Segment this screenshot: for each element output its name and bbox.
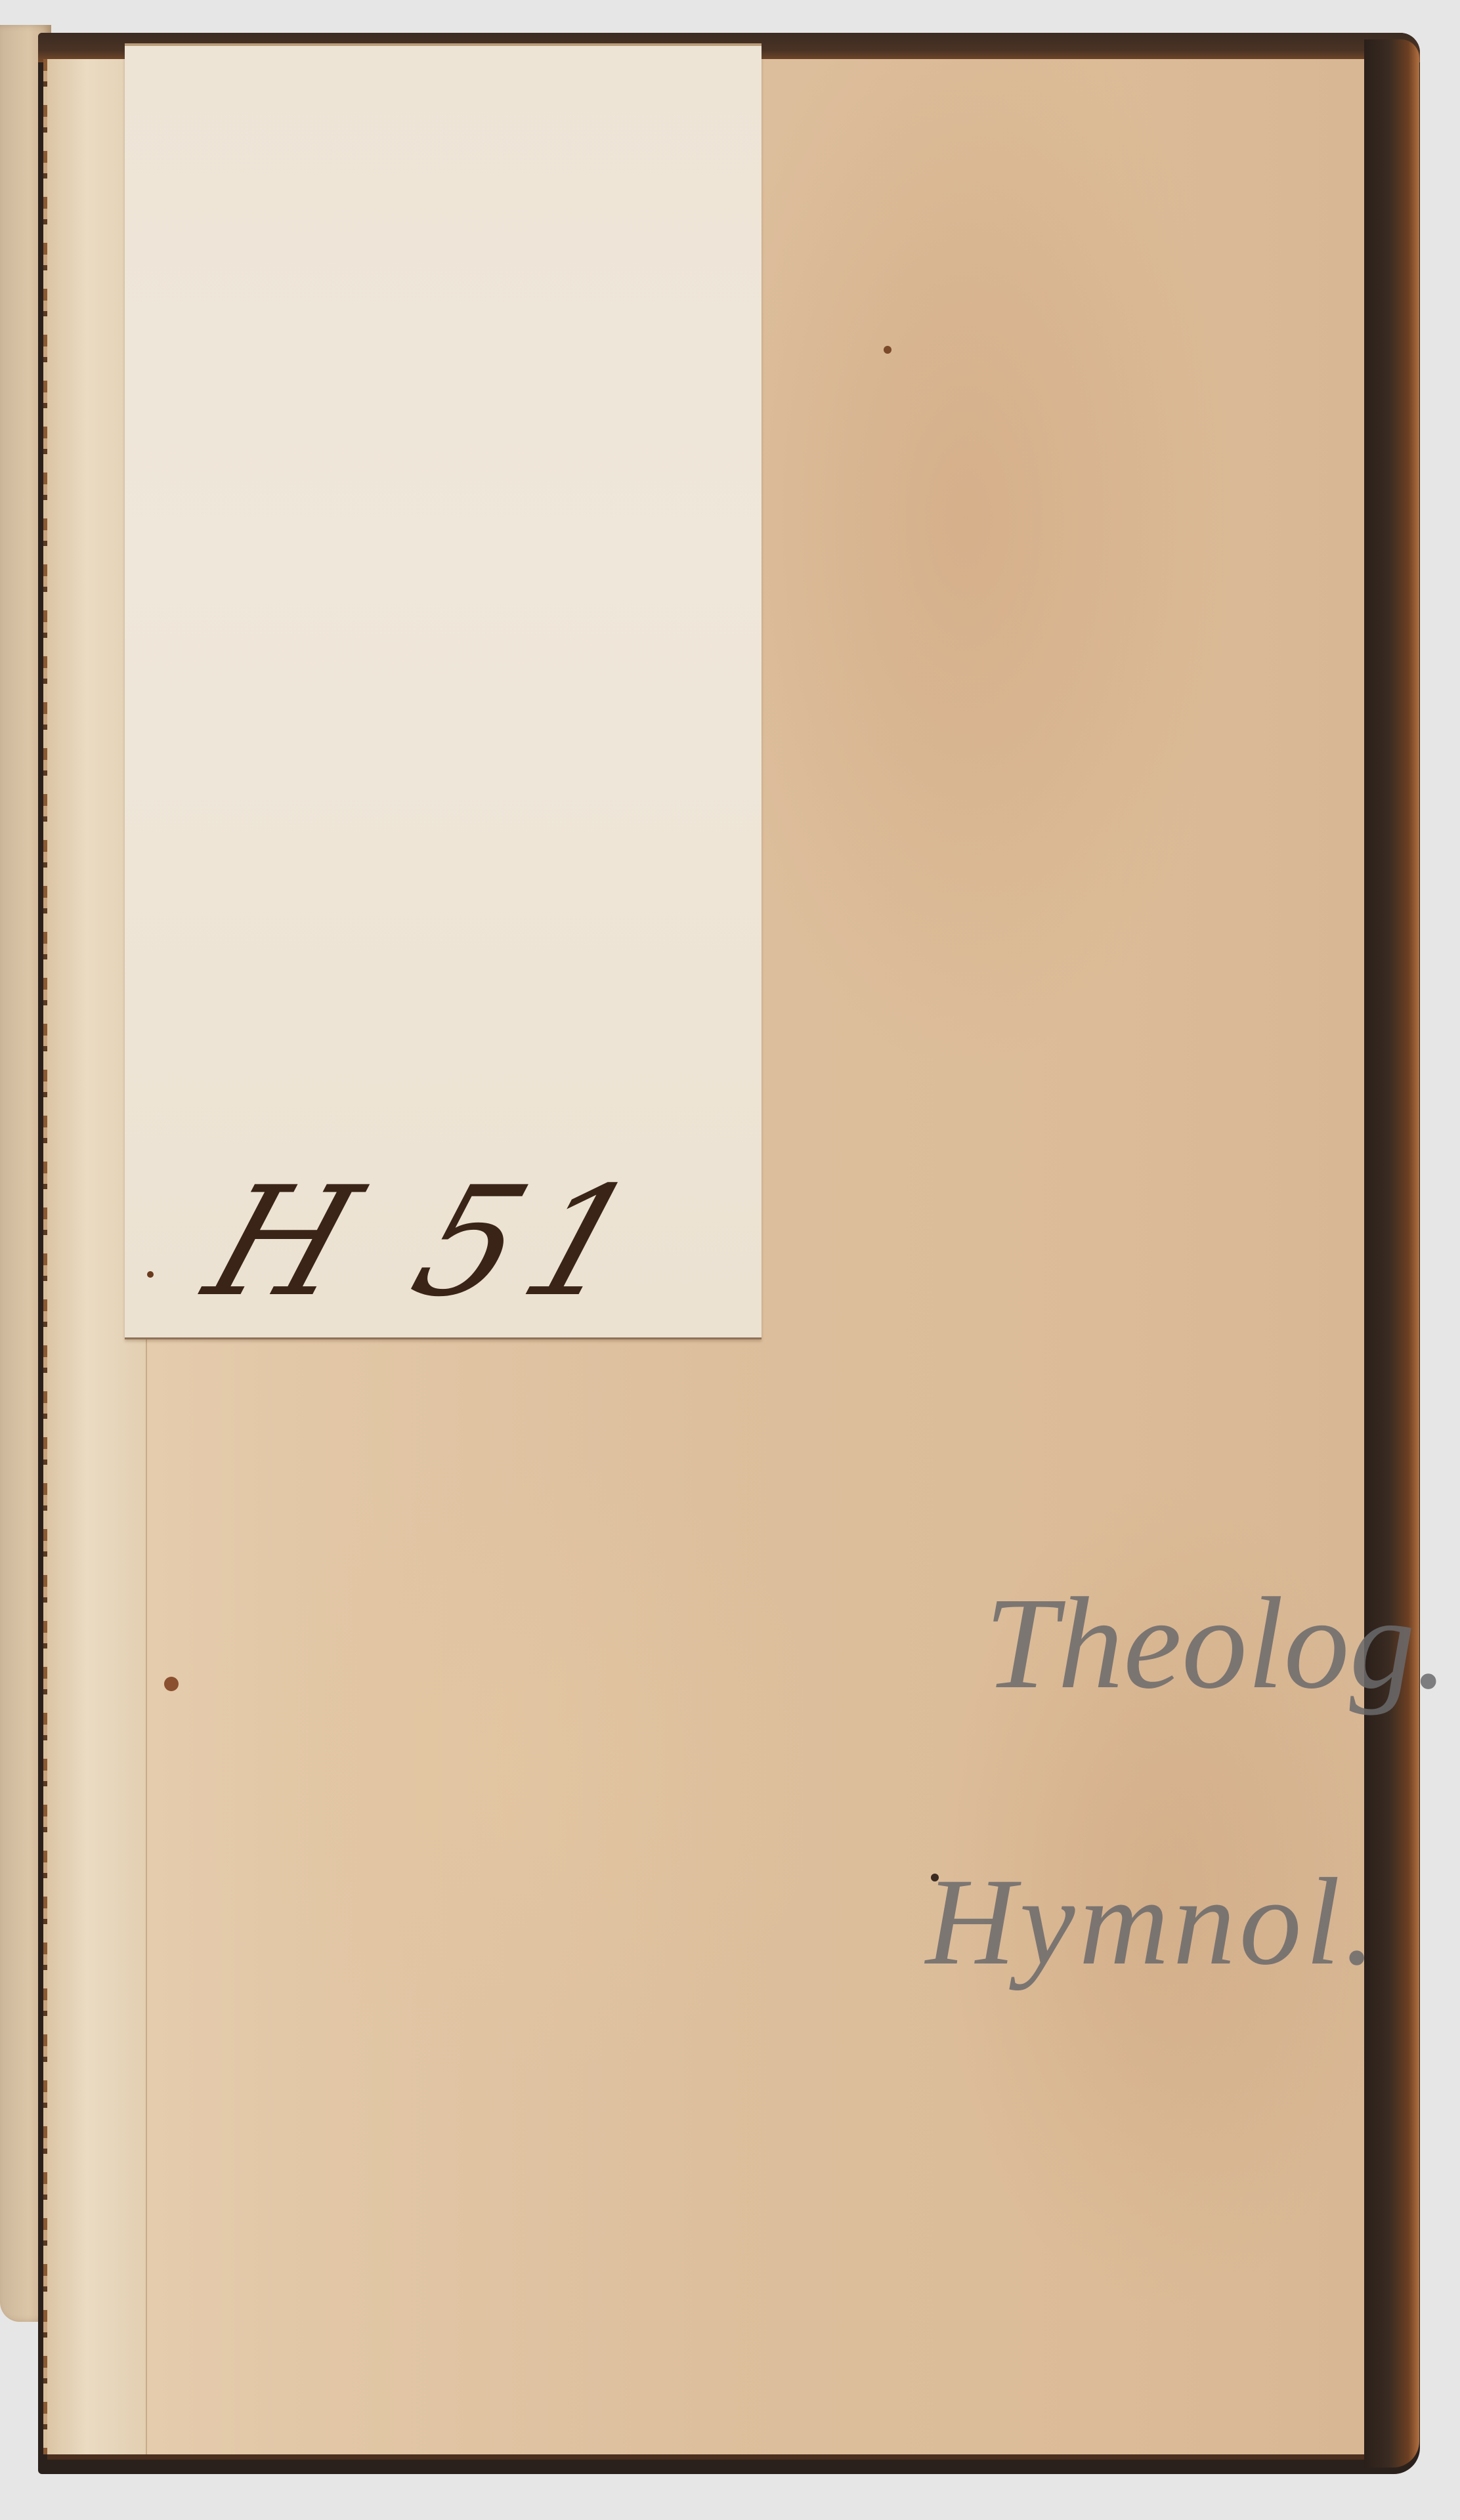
foxing-spot (931, 1874, 939, 1881)
hinge-crease (43, 59, 47, 2454)
pencil-note-theolog: Theolog. (985, 1568, 1448, 1719)
shelfmark-text: H 51 (188, 1155, 670, 1330)
shelf-label (125, 46, 762, 1339)
foxing-spot (147, 1271, 154, 1278)
foxing-spot (884, 346, 891, 354)
pencil-note-hymnol: Hymnol. (926, 1851, 1379, 1994)
cover-right-edge (1364, 39, 1419, 2467)
foxing-spot (164, 1677, 179, 1691)
